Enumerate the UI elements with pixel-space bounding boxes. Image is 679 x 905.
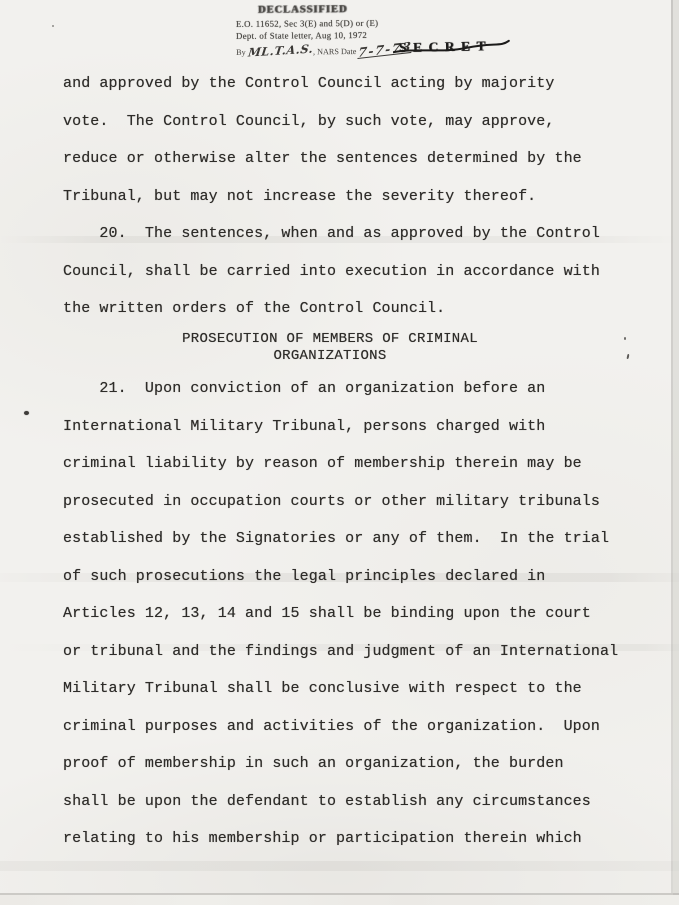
document-line: 21. Upon conviction of an organization b… <box>63 381 623 397</box>
paragraph-20: 20. The sentences, when and as approved … <box>63 226 623 339</box>
secret-classification-stamp: SECRET <box>399 38 509 60</box>
scanned-document-page: DECLASSIFIED E.O. 11652, Sec 3(E) and 5(… <box>0 0 679 905</box>
document-line: of such prosecutions the legal principle… <box>63 569 623 585</box>
document-line: Tribunal, but may not increase the sever… <box>63 189 623 205</box>
ink-speck <box>52 25 54 27</box>
document-line: relating to his membership or participat… <box>63 831 623 847</box>
paper-edge-shadow <box>0 895 679 905</box>
document-line: prosecuted in occupation courts or other… <box>63 494 623 510</box>
document-line: established by the Signatories or any of… <box>63 531 623 547</box>
document-line: shall be upon the defendant to establish… <box>63 794 623 810</box>
document-line: or tribunal and the findings and judgmen… <box>63 644 623 660</box>
document-line: reduce or otherwise alter the sentences … <box>63 151 623 167</box>
section-heading: PROSECUTION OF MEMBERS OF CRIMINAL ORGAN… <box>50 331 610 365</box>
heading-line: ORGANIZATIONS <box>50 348 610 364</box>
ink-speck <box>627 354 630 359</box>
ink-speck <box>24 411 29 415</box>
document-line: Military Tribunal shall be conclusive wi… <box>63 681 623 697</box>
declassified-label: DECLASSIFIED <box>258 3 486 16</box>
paragraph: and approved by the Control Council acti… <box>63 76 623 226</box>
paragraph-21: 21. Upon conviction of an organization b… <box>63 381 623 869</box>
strikethrough-line <box>393 38 515 61</box>
heading-line: PROSECUTION OF MEMBERS OF CRIMINAL <box>50 331 610 347</box>
paper-edge-shadow <box>673 0 679 905</box>
document-line: Articles 12, 13, 14 and 15 shall be bind… <box>63 606 623 622</box>
document-line: criminal purposes and activities of the … <box>63 719 623 735</box>
document-line: International Military Tribunal, persons… <box>63 419 623 435</box>
handwritten-signature: ML.T.A.S. <box>247 42 314 60</box>
stamp-by-label: By <box>236 48 246 57</box>
stamp-nars-label: , NARS Date <box>313 47 356 56</box>
ink-speck <box>624 337 626 340</box>
document-line: proof of membership in such an organizat… <box>63 756 623 772</box>
document-line: Council, shall be carried into execution… <box>63 264 623 280</box>
document-line: vote. The Control Council, by such vote,… <box>63 114 623 130</box>
stamp-eo-line: E.O. 11652, Sec 3(E) and 5(D) or (E) <box>236 17 486 29</box>
document-line: criminal liability by reason of membersh… <box>63 456 623 472</box>
document-line: and approved by the Control Council acti… <box>63 76 623 92</box>
document-line: 20. The sentences, when and as approved … <box>63 226 623 242</box>
document-line: the written orders of the Control Counci… <box>63 301 623 317</box>
